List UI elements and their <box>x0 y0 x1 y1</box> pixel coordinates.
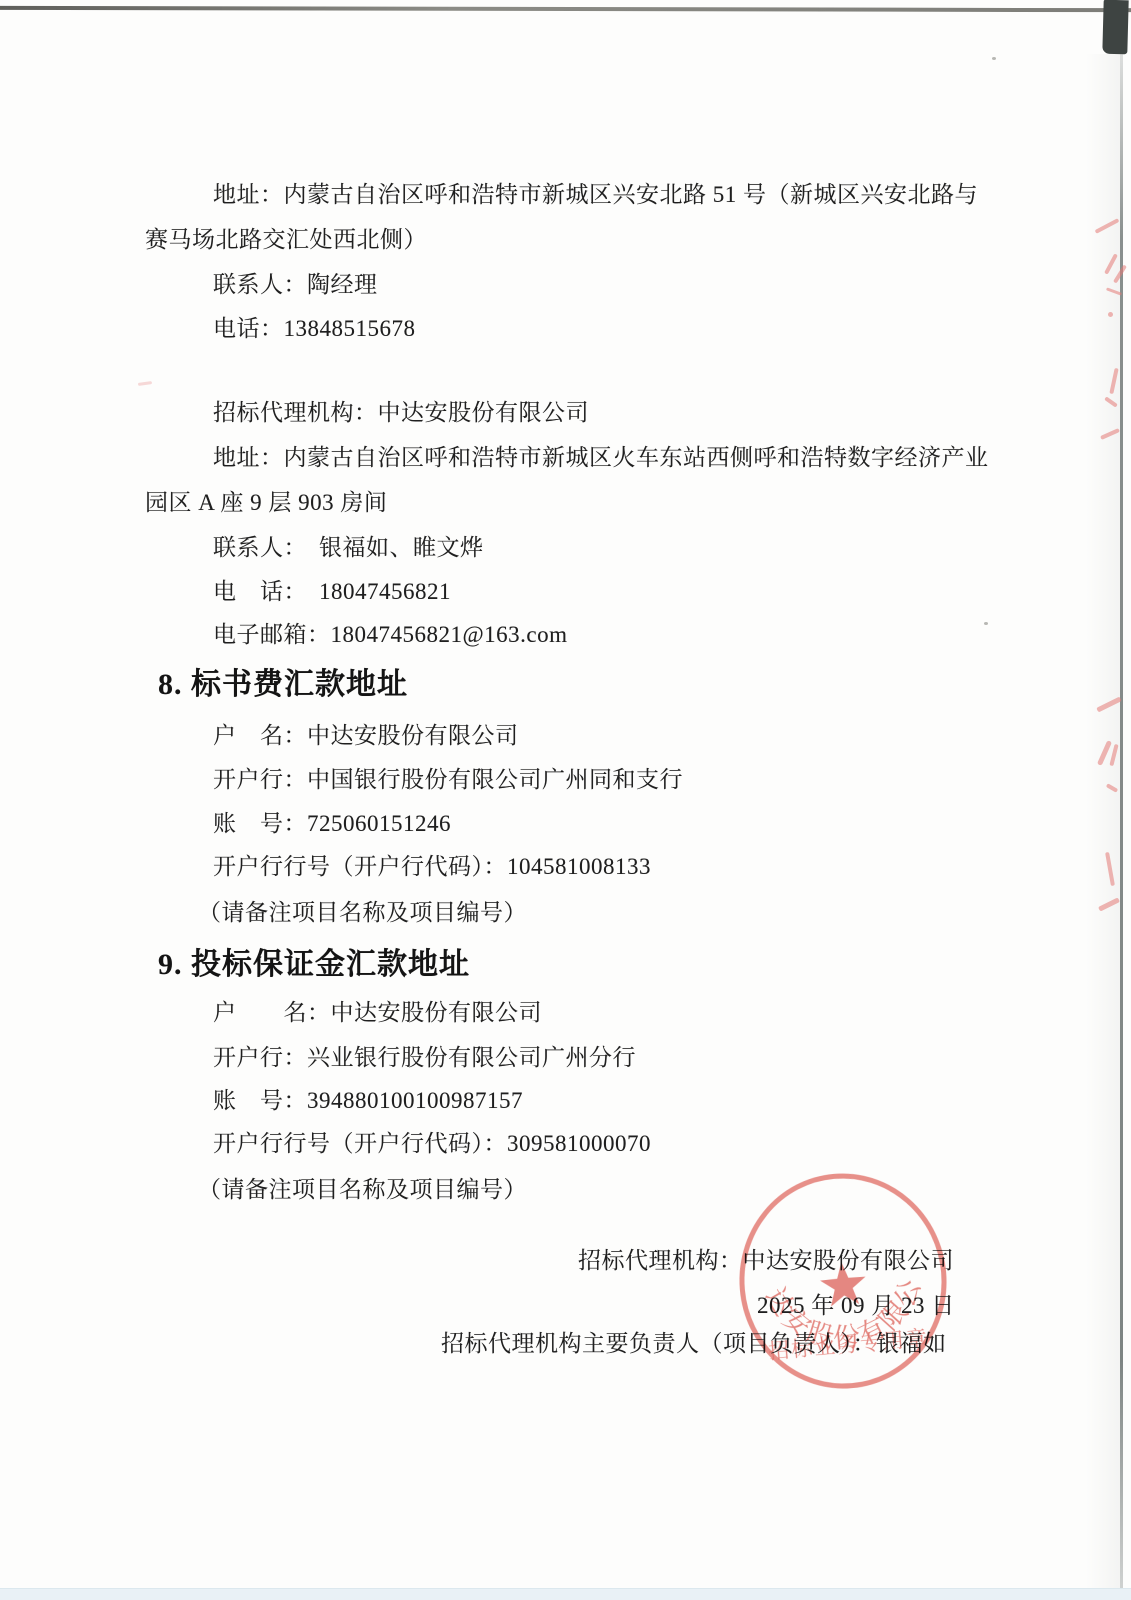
scan-binding-mark <box>1102 0 1128 54</box>
scan-edge-top-line <box>0 6 1131 12</box>
section-9-heading: 9. 投标保证金汇款地址 <box>158 939 470 983</box>
agency-address-line-1: 地址：内蒙古自治区呼和浩特市新城区火车东站西侧呼和浩特数字经济产业 <box>213 439 989 472</box>
scan-speck <box>992 57 996 60</box>
s8-remark-line: （请备注项目名称及项目编号） <box>198 894 527 927</box>
seal-bleed-mark <box>138 381 152 386</box>
seal-star <box>819 1260 868 1307</box>
s9-remark-line: （请备注项目名称及项目编号） <box>198 1171 527 1204</box>
company-seal: 中达安股份有限公司 招标业务专用章 <box>724 1159 963 1403</box>
s8-bank-line: 开户行：中国银行股份有限公司广州同和支行 <box>213 761 683 794</box>
s9-bank-code-line: 开户行行号（开户行代码）：309581000070 <box>213 1125 651 1158</box>
s8-account-number-line: 账 号：725060151246 <box>213 805 451 838</box>
section-8-heading: 8. 标书费汇款地址 <box>158 659 408 703</box>
tenderer-address-line-1: 地址：内蒙古自治区呼和浩特市新城区兴安北路 51 号（新城区兴安北路与 <box>213 176 978 209</box>
s8-bank-code-line: 开户行行号（开户行代码）：104581008133 <box>213 848 651 881</box>
scan-speck <box>984 622 988 625</box>
agency-phone-line: 电 话： 18047456821 <box>213 573 451 606</box>
s8-account-name-line: 户 名：中达安股份有限公司 <box>213 717 519 750</box>
tenderer-phone-line: 电话：13848515678 <box>213 310 416 343</box>
agency-address-line-2: 园区 A 座 9 层 903 房间 <box>145 484 387 517</box>
document-page: 地址：内蒙古自治区呼和浩特市新城区兴安北路 51 号（新城区兴安北路与 赛马场北… <box>0 0 1131 1600</box>
tenderer-contact-line: 联系人：陶经理 <box>213 266 378 299</box>
s9-account-name-line: 户 名：中达安股份有限公司 <box>213 994 542 1027</box>
scan-edge-shade <box>1086 54 1120 1592</box>
seal-bleed-mark <box>1108 312 1113 317</box>
agency-contact-line: 联系人： 银福如、睢文烨 <box>213 529 484 562</box>
s9-account-number-line: 账 号：394880100100987157 <box>213 1082 523 1115</box>
agency-name-line: 招标代理机构：中达安股份有限公司 <box>213 394 589 427</box>
scan-edge-bottom-strip <box>0 1588 1131 1600</box>
scan-edge-right-line <box>1120 54 1123 1592</box>
tenderer-address-line-2: 赛马场北路交汇处西北侧） <box>145 221 427 254</box>
agency-email-line: 电子邮箱：18047456821@163.com <box>213 616 568 649</box>
s9-bank-line: 开户行：兴业银行股份有限公司广州分行 <box>213 1039 636 1072</box>
